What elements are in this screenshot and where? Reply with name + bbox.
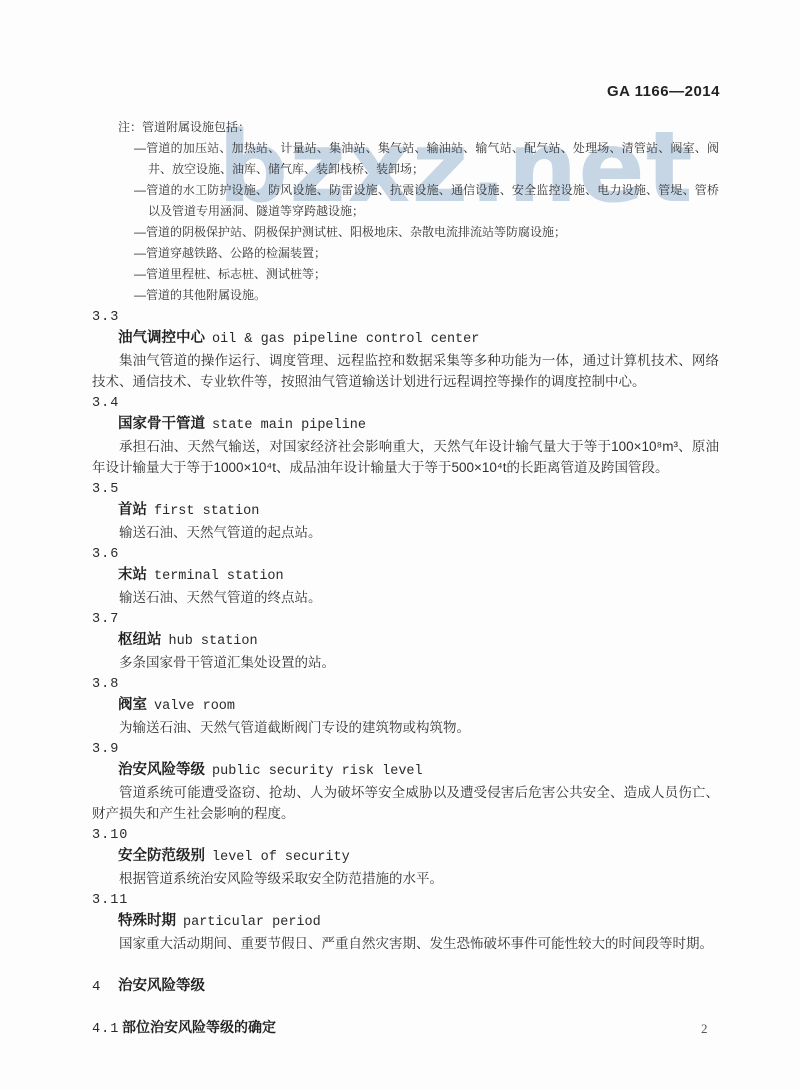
term-en: state main pipeline: [212, 418, 366, 433]
note-item: —管道里程桩、标志桩、测试桩等；: [92, 264, 719, 285]
section-body: 为输送石油、天然气管道截断阀门专设的建筑物或构筑物。: [92, 717, 719, 738]
term-line: 末站terminal station: [92, 565, 719, 587]
term-zh: 国家骨干管道: [118, 416, 205, 432]
term-en: first station: [154, 504, 259, 519]
note-intro-text: 管道附属设施包括：: [142, 120, 250, 134]
term-line: 油气调控中心oil & gas pipeline control center: [92, 328, 719, 350]
term-zh: 末站: [118, 567, 147, 583]
note-label: 注：: [118, 120, 142, 134]
section-body: 输送石油、天然气管道的终点站。: [92, 587, 719, 608]
term-line: 治安风险等级public security risk level: [92, 760, 719, 782]
chapter-4-heading: 4治安风险等级: [92, 976, 719, 997]
term-line: 国家骨干管道state main pipeline: [92, 414, 719, 436]
subchapter-number: 4.1: [92, 1020, 122, 1040]
section-number: 3.11: [92, 891, 719, 911]
section-number: 3.9: [92, 740, 719, 760]
note-block: 注：管道附属设施包括： —管道的加压站、加热站、计量站、集油站、集气站、输油站、…: [92, 117, 719, 306]
term-zh: 安全防范级别: [118, 848, 205, 864]
section-number: 3.6: [92, 545, 719, 565]
term-zh: 首站: [118, 502, 147, 518]
note-intro: 注：管道附属设施包括：: [92, 117, 719, 138]
document-page: bzxz.net GA 1166—2014 注：管道附属设施包括： —管道的加压…: [0, 0, 800, 1090]
subchapter-title: 部位治安风险等级的确定: [122, 1019, 276, 1035]
term-line: 阀室valve room: [92, 695, 719, 717]
section-number: 3.4: [92, 394, 719, 414]
section-body: 根据管道系统治安风险等级采取安全防范措施的水平。: [92, 868, 719, 889]
note-item: —管道穿越铁路、公路的检漏装置；: [92, 243, 719, 264]
term-line: 枢纽站hub station: [92, 630, 719, 652]
section-body: 输送石油、天然气管道的起点站。: [92, 522, 719, 543]
term-en: level of security: [212, 850, 350, 865]
section-number: 3.7: [92, 610, 719, 630]
section-number: 3.10: [92, 826, 719, 846]
term-line: 特殊时期particular period: [92, 911, 719, 933]
section-3-3: 3.3 油气调控中心oil & gas pipeline control cen…: [92, 308, 719, 392]
term-en: terminal station: [154, 569, 284, 584]
section-body: 多条国家骨干管道汇集处设置的站。: [92, 652, 719, 673]
section-number: 3.8: [92, 675, 719, 695]
section-3-9: 3.9 治安风险等级public security risk level 管道系…: [92, 740, 719, 824]
note-item: —管道的阴极保护站、阴极保护测试桩、阳极地床、杂散电流排流站等防腐设施；: [92, 222, 719, 243]
term-zh: 特殊时期: [118, 913, 176, 929]
section-body: 集油气管道的操作运行、调度管理、远程监控和数据采集等多种功能为一体，通过计算机技…: [92, 350, 719, 392]
term-en: particular period: [183, 915, 321, 930]
term-zh: 枢纽站: [118, 632, 162, 648]
section-3-10: 3.10 安全防范级别level of security 根据管道系统治安风险等…: [92, 826, 719, 889]
doc-number: GA 1166—2014: [607, 83, 720, 100]
term-en: valve room: [154, 699, 235, 714]
note-item: —管道的其他附属设施。: [92, 285, 719, 306]
section-3-8: 3.8 阀室valve room 为输送石油、天然气管道截断阀门专设的建筑物或构…: [92, 675, 719, 738]
section-number: 3.3: [92, 308, 719, 328]
note-item: —管道的水工防护设施、防风设施、防雷设施、抗震设施、通信设施、安全监控设施、电力…: [92, 180, 719, 222]
term-line: 首站first station: [92, 500, 719, 522]
term-en: hub station: [169, 634, 258, 649]
page-content: 注：管道附属设施包括： —管道的加压站、加热站、计量站、集油站、集气站、输油站、…: [92, 117, 719, 1040]
section-3-11: 3.11 特殊时期particular period 国家重大活动期间、重要节假…: [92, 891, 719, 954]
term-zh: 油气调控中心: [118, 330, 205, 346]
term-zh: 治安风险等级: [118, 762, 205, 778]
section-body: 国家重大活动期间、重要节假日、严重自然灾害期、发生恐怖破坏事件可能性较大的时间段…: [92, 933, 719, 954]
chapter-title: 治安风险等级: [118, 978, 205, 994]
page-number: 2: [701, 1021, 708, 1037]
term-en: oil & gas pipeline control center: [212, 332, 479, 347]
section-3-6: 3.6 末站terminal station 输送石油、天然气管道的终点站。: [92, 545, 719, 608]
section-number: 3.5: [92, 480, 719, 500]
section-3-5: 3.5 首站first station 输送石油、天然气管道的起点站。: [92, 480, 719, 543]
term-en: public security risk level: [212, 764, 423, 779]
section-body: 管道系统可能遭受盗窃、抢劫、人为破坏等安全威胁以及遭受侵害后危害公共安全、造成人…: [92, 782, 719, 824]
term-zh: 阀室: [118, 697, 147, 713]
section-3-4: 3.4 国家骨干管道state main pipeline 承担石油、天然气输送…: [92, 394, 719, 478]
term-line: 安全防范级别level of security: [92, 846, 719, 868]
chapter-number: 4: [92, 977, 118, 997]
section-3-7: 3.7 枢纽站hub station 多条国家骨干管道汇集处设置的站。: [92, 610, 719, 673]
section-body: 承担石油、天然气输送，对国家经济社会影响重大，天然气年设计输气量大于等于100×…: [92, 436, 719, 478]
section-4-1-heading: 4.1部位治安风险等级的确定: [92, 1017, 719, 1040]
note-item: —管道的加压站、加热站、计量站、集油站、集气站、输油站、输气站、配气站、处理场、…: [92, 138, 719, 180]
